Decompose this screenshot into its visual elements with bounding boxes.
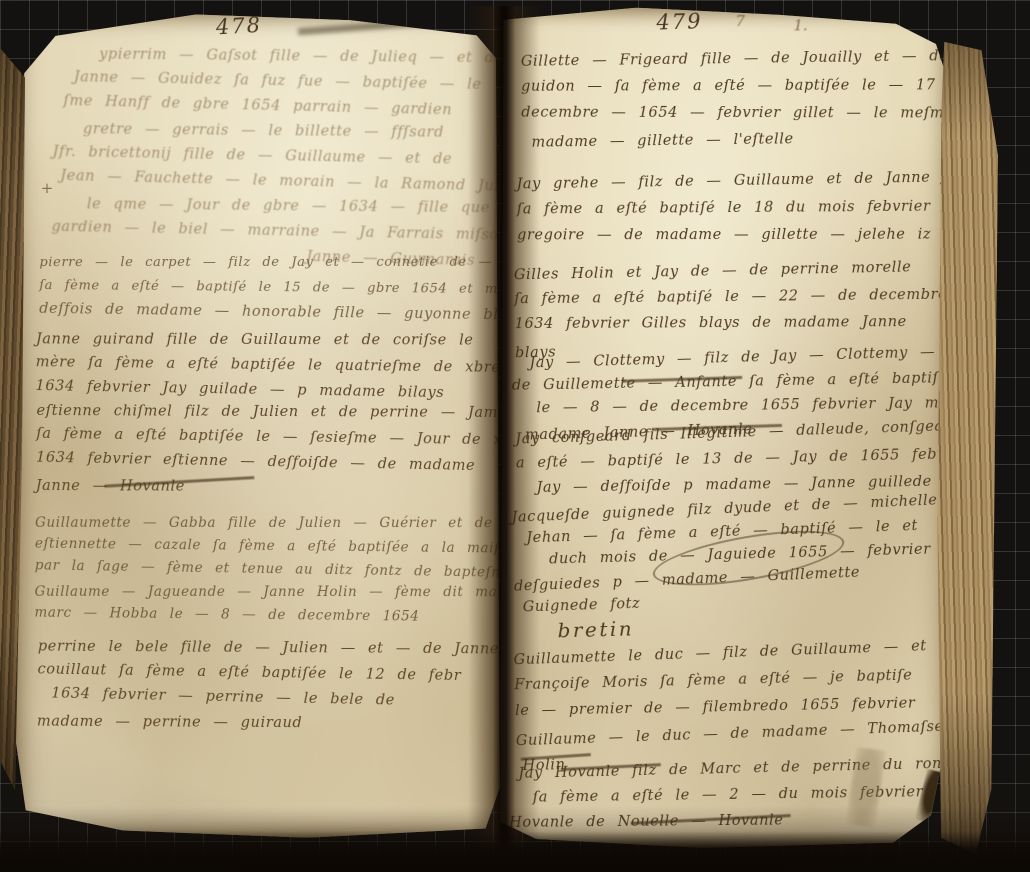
corner-mark: 1. xyxy=(793,16,807,34)
manuscript-line: guidon — ſa fème a eſté — baptiſée le — … xyxy=(521,72,945,100)
manuscript-line: pierre — le carpet — filz de Jay et — co… xyxy=(39,250,489,275)
manuscript-line: ſa fème a eſté baptiſé le — 22 — de dece… xyxy=(514,282,944,313)
manuscript-line: gregoire — de madame — gillette — jelehe… xyxy=(517,222,945,250)
register-entry: pierre — le carpet — filz de Jay et — co… xyxy=(39,249,489,326)
register-entry: ypierrim — Gaſsot fille — de Julieq — et… xyxy=(51,41,490,273)
manuscript-line: decembre — 1654 — febvrier gillet — le m… xyxy=(521,100,945,128)
photo-backdrop-grid: 478 + ypierrim — Gaſsot fille — de Julie… xyxy=(0,0,1030,872)
register-entry: Jay grehe — filz de — Guillaume et de Ja… xyxy=(516,166,945,251)
manuscript-line: deſfois de madame — honorable fille — gu… xyxy=(39,297,489,328)
manuscript-line: Hovanle de Nouelle — Hovanle xyxy=(509,806,943,836)
page-number-left: 478 xyxy=(215,13,262,40)
manuscript-line: marc — Hobba le — 8 — de decembre 1654 xyxy=(34,602,490,630)
manuscript-line: Gillette — Frigeard fille — de Jouailly … xyxy=(521,43,945,76)
register-entry: Gillette — Frigeard fille — de Jouailly … xyxy=(521,45,946,156)
manuscript-line: Janne — Hovanle xyxy=(36,474,490,501)
manuscript-line: Guillaumette — Gabba fille de Julien — G… xyxy=(35,512,491,535)
ink-smudge xyxy=(298,19,428,36)
register-entry: Guillaumette — Gabba fille de Julien — G… xyxy=(34,510,491,628)
register-entry: perrine le bele fille de — Julien — et —… xyxy=(37,633,492,739)
page-stack-edge xyxy=(935,42,999,854)
manuscript-line: Guillaume — Jagueande — Janne Holin — fè… xyxy=(35,581,491,604)
manuscript-page-left: 478 + ypierrim — Gaſsot fille — de Julie… xyxy=(12,9,500,840)
manuscript-line: madame — perrine — guiraud xyxy=(37,710,491,738)
corner-mark: 7 xyxy=(735,12,745,30)
register-entry: Janne guirand fille de Guillaume et de c… xyxy=(35,326,490,405)
manuscript-line: madame — gillette — l'eſtelle xyxy=(531,124,945,156)
manuscript-page-right: 479 7 1. Gillette — Frigeard fille — de … xyxy=(501,7,950,849)
manuscript-line: ſa fème a eſté baptiſé le 18 du mois feb… xyxy=(517,194,945,224)
page-number-right: 479 xyxy=(656,9,703,34)
manuscript-line: Janne guirand fille de Guillaume et de c… xyxy=(36,327,490,353)
